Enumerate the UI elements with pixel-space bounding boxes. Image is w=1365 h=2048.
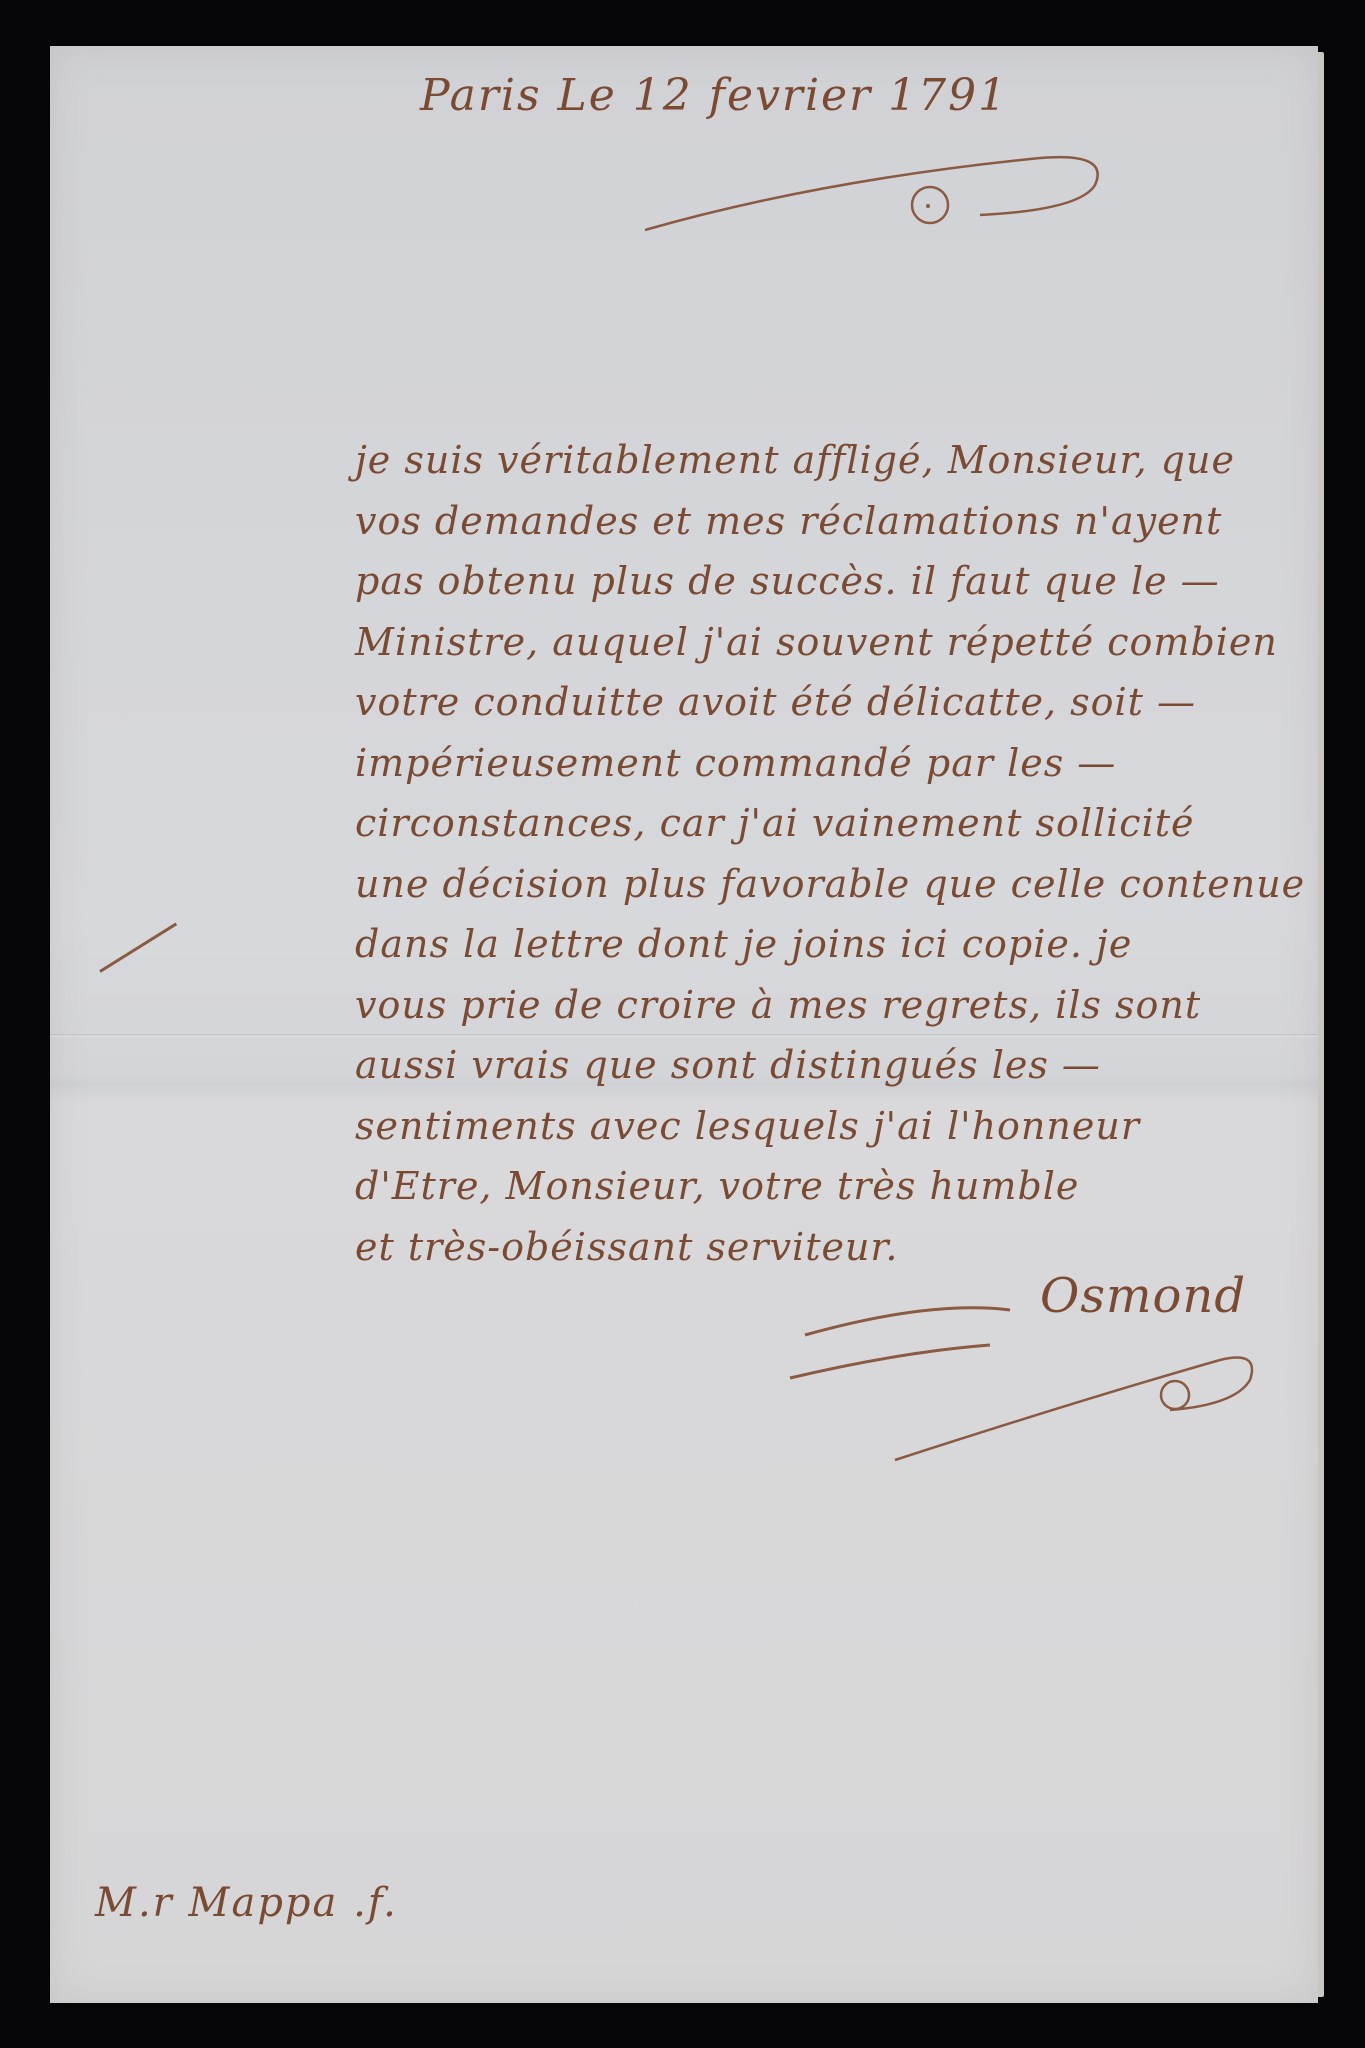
- body-line: dans la lettre dont je joins ici copie. …: [355, 914, 1305, 975]
- body-line: votre conduitte avoit été délicatte, soi…: [355, 672, 1305, 733]
- body-line: circonstances, car j'ai vainement sollic…: [355, 793, 1305, 854]
- body-line: aussi vrais que sont distingués les —: [355, 1035, 1305, 1096]
- body-line: vos demandes et mes réclamations n'ayent: [355, 491, 1305, 552]
- body-line: sentiments avec lesquels j'ai l'honneur: [355, 1096, 1305, 1157]
- body-line: Ministre, auquel j'ai souvent répetté co…: [355, 612, 1305, 673]
- dateline: Paris Le 12 fevrier 1791: [420, 70, 1008, 121]
- addressee: M.r Mappa .f.: [95, 1880, 398, 1926]
- body-line: je suis véritablement affligé, Monsieur,…: [355, 430, 1305, 491]
- dateline-flourish-icon: [640, 140, 1120, 240]
- body-line: pas obtenu plus de succès. il faut que l…: [355, 551, 1305, 612]
- body-line: impérieusement commandé par les —: [355, 733, 1305, 794]
- body-line: vous prie de croire à mes regrets, ils s…: [355, 975, 1305, 1036]
- body-line: d'Etre, Monsieur, votre très humble: [355, 1156, 1305, 1217]
- body-line: une décision plus favorable que celle co…: [355, 854, 1305, 915]
- signature-flourish-icon: [780, 1290, 1340, 1490]
- letter-body: je suis véritablement affligé, Monsieur,…: [355, 430, 1305, 1277]
